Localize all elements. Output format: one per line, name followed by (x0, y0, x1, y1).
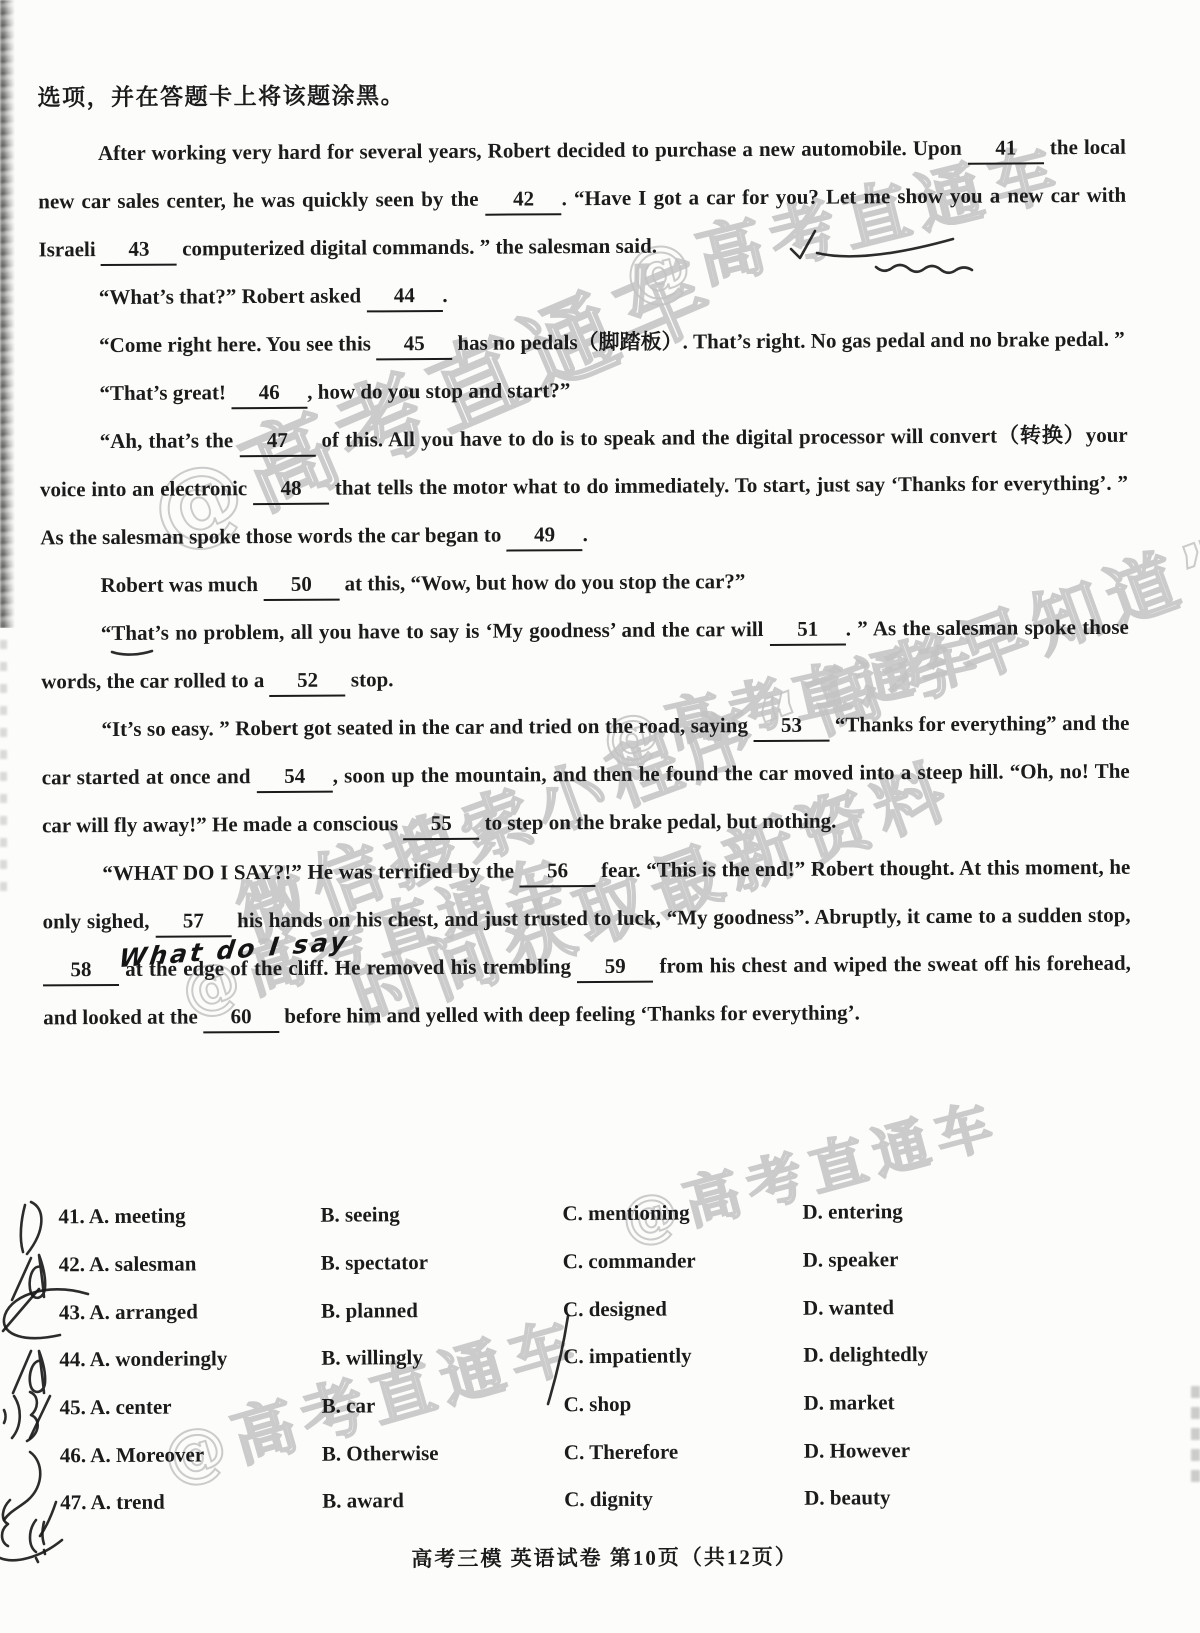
option-row-42: 42. A. salesmanB. spectatorC. commanderD… (45, 1234, 1180, 1289)
passage-paragraph-3: “Come right here. You see this 45 has no… (39, 315, 1127, 370)
option-47-B: B. award (322, 1488, 564, 1514)
option-45-B: B. car (322, 1392, 564, 1418)
option-row-45: 45. A. centerB. carC. shopD. market (45, 1377, 1180, 1432)
option-43-B: B. planned (321, 1297, 563, 1323)
cloze-blank-49: 49 (506, 519, 582, 551)
option-44-B: B. willingly (321, 1345, 563, 1371)
cloze-blank-57: 57 (155, 905, 231, 937)
option-47-D: D. beauty (804, 1484, 1181, 1511)
option-43-D: D. wanted (803, 1293, 1180, 1320)
cloze-passage: After working very hard for several year… (38, 123, 1132, 1042)
option-44-D: D. delightedly (803, 1341, 1180, 1368)
option-41-D: D. entering (802, 1198, 1179, 1225)
intro-line: 选项，并在答题卡上将该题涂黑。 (37, 77, 405, 112)
passage-paragraph-6: Robert was much 50 at this, “Wow, but ho… (40, 555, 1128, 610)
option-46-A: 46. A. Moreover (60, 1441, 322, 1468)
option-row-41: 41. A. meetingB. seeingC. mentioningD. e… (44, 1186, 1179, 1241)
option-row-43: 43. A. arrangedB. plannedC. designedD. w… (45, 1282, 1180, 1337)
cloze-blank-41: 41 (968, 132, 1044, 164)
option-46-C: C. Therefore (564, 1439, 804, 1465)
cloze-blank-55: 55 (403, 808, 479, 840)
passage-paragraph-5: “Ah, that’s the 47 of this. All you have… (40, 411, 1129, 562)
option-45-A: 45. A. center (60, 1394, 322, 1421)
option-row-47: 47. A. trendB. awardC. dignityD. beauty (46, 1473, 1181, 1528)
cloze-blank-45: 45 (376, 328, 452, 360)
cloze-blank-50: 50 (263, 569, 339, 601)
option-43-A: 43. A. arranged (59, 1298, 321, 1325)
cloze-blank-43: 43 (101, 234, 177, 266)
option-42-A: 42. A. salesman (59, 1251, 321, 1278)
option-42-C: C. commander (563, 1248, 803, 1274)
cloze-blank-51: 51 (770, 613, 846, 645)
cloze-blank-44: 44 (366, 280, 442, 312)
option-42-D: D. speaker (803, 1245, 1180, 1272)
cloze-blank-42: 42 (486, 183, 562, 215)
cloze-blank-60: 60 (203, 1001, 279, 1033)
passage-paragraph-8: “It’s so easy. ” Robert got seated in th… (41, 699, 1130, 850)
option-45-C: C. shop (564, 1391, 804, 1417)
scanned-exam-page: { "page": { "intro_cn": "选项，并在答题卡上将该题涂黑。… (0, 0, 1200, 1633)
option-43-C: C. designed (563, 1295, 803, 1321)
cloze-blank-56: 56 (519, 855, 595, 887)
option-41-A: 41. A. meeting (58, 1203, 320, 1230)
option-41-B: B. seeing (320, 1202, 562, 1228)
option-row-44: 44. A. wonderinglyB. willinglyC. impatie… (45, 1330, 1180, 1385)
option-47-A: 47. A. trend (60, 1489, 322, 1516)
option-46-D: D. However (804, 1436, 1181, 1463)
cloze-blank-47: 47 (239, 425, 315, 457)
scan-streak-right-edge (1191, 1386, 1200, 1486)
cloze-blank-48: 48 (253, 473, 329, 505)
passage-paragraph-7: “That’s no problem, all you have to say … (41, 603, 1130, 706)
page-content: 选项，并在答题卡上将该题涂黑。 After working very hard … (0, 0, 1200, 1633)
passage-paragraph-4: “That’s great! 46, how do you stop and s… (39, 363, 1127, 418)
scan-streak-left-edge (0, 0, 16, 628)
options-table: 41. A. meetingB. seeingC. mentioningD. e… (44, 1186, 1181, 1527)
footer-page-label: 高考三模 英语试卷 第10页（共12页） (4, 1538, 1200, 1575)
passage-paragraph-1: After working very hard for several year… (38, 123, 1127, 274)
passage-paragraph-2: “What’s that?” Robert asked 44. (39, 267, 1127, 322)
option-41-C: C. mentioning (562, 1200, 802, 1226)
cloze-blank-52: 52 (270, 665, 346, 697)
option-42-B: B. spectator (321, 1249, 563, 1275)
cloze-blank-58: 58 (43, 954, 119, 986)
option-row-46: 46. A. MoreoverB. OtherwiseC. ThereforeD… (46, 1425, 1181, 1480)
option-47-C: C. dignity (564, 1486, 804, 1512)
cloze-blank-54: 54 (257, 761, 333, 793)
option-44-C: C. impatiently (563, 1343, 803, 1369)
cloze-blank-59: 59 (577, 951, 653, 983)
cloze-blank-46: 46 (231, 377, 307, 409)
scan-streak-left-lower (0, 640, 7, 900)
option-46-B: B. Otherwise (322, 1440, 564, 1466)
option-45-D: D. market (804, 1389, 1181, 1416)
option-44-A: 44. A. wonderingly (59, 1346, 321, 1373)
cloze-blank-53: 53 (753, 710, 829, 742)
